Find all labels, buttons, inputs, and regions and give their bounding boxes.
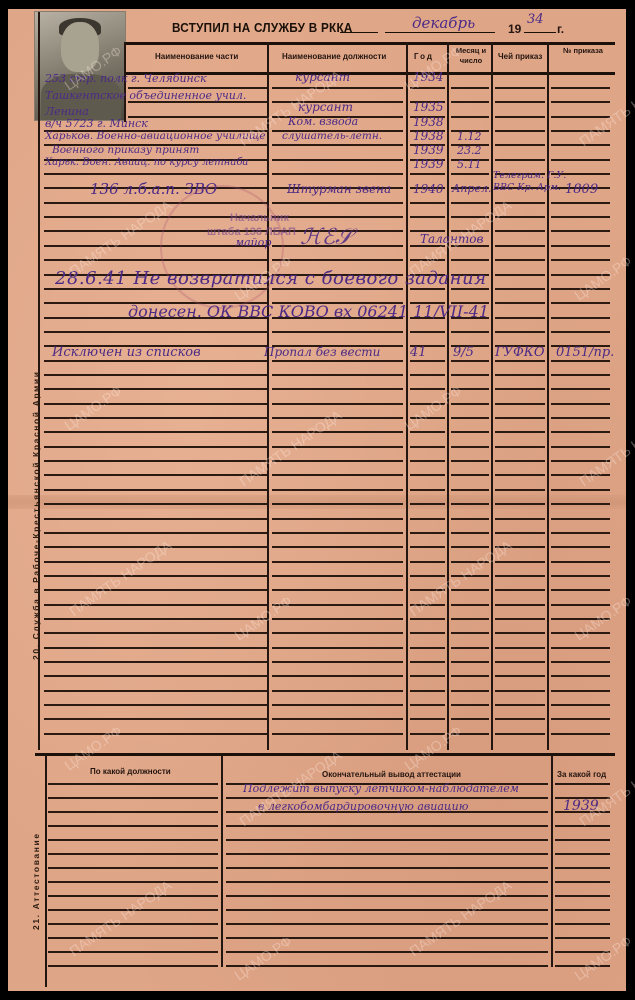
ruled-line [451, 589, 489, 591]
row-7-order-by: Телеграм. Г.У. ВВС Кр. Арм. [493, 170, 573, 194]
ruled-line [551, 274, 610, 276]
ruled-line [451, 575, 489, 577]
ruled-line [495, 274, 545, 276]
ruled-line [495, 417, 545, 419]
col-divider-3 [447, 42, 449, 750]
ruled-line [272, 704, 403, 706]
ruled-line [410, 690, 445, 692]
ruled-line [272, 489, 403, 491]
ruled-line [495, 618, 545, 620]
ruled-line [551, 661, 610, 663]
row-5-year: 1939 [413, 143, 444, 157]
header-att-conclusion: Окончательный вывод аттестации [322, 770, 461, 779]
ruled-line [272, 374, 403, 376]
ruled-line [495, 87, 545, 89]
row-7-position: Штурман звена [287, 182, 391, 196]
ruled-line [48, 909, 218, 911]
ruled-line [451, 87, 489, 89]
ruled-line [495, 216, 545, 218]
ruled-line [551, 474, 610, 476]
ruled-line [451, 388, 489, 390]
ruled-line [451, 632, 489, 634]
ruled-line [48, 853, 218, 855]
year-blank [524, 32, 556, 33]
ruled-line [495, 661, 545, 663]
ruled-line [226, 909, 548, 911]
ruled-line [495, 532, 545, 534]
signer-name: Талантов [420, 232, 483, 246]
ruled-line [272, 331, 403, 333]
ruled-line [451, 431, 489, 433]
ruled-line [44, 561, 267, 563]
ruled-line [410, 632, 445, 634]
exclusion-unit: Исключен из списков [52, 345, 201, 360]
row-6-unit: Харьк. Воен. Авиац. по курсу летнаба [45, 157, 248, 168]
ruled-line [48, 951, 218, 953]
ruled-line [410, 575, 445, 577]
missing-note-line-1: 28.6.41 Не возвратился с боевого задания [55, 268, 487, 289]
ruled-line [272, 87, 403, 89]
ruled-line [451, 503, 489, 505]
ruled-line [495, 675, 545, 677]
exclusion-order-by: ГУФКО [495, 345, 545, 360]
ruled-line [451, 173, 489, 175]
attestation-conclusion-1: Подлежит выпуску летчиком-наблюдателем [243, 782, 519, 795]
ruled-line [495, 403, 545, 405]
ruled-line [495, 704, 545, 706]
ruled-line [44, 632, 267, 634]
row-4-unit: Харьков. Военно-авиационное училище [45, 130, 266, 142]
ruled-line [495, 288, 545, 290]
ruled-line [551, 317, 610, 319]
ruled-line [48, 811, 218, 813]
ruled-line [272, 144, 403, 146]
ruled-line [272, 604, 403, 606]
ruled-line [555, 839, 610, 841]
ruled-line [226, 965, 548, 967]
ruled-line [226, 797, 548, 799]
row-4-year: 1938 [413, 129, 444, 143]
ruled-line [495, 331, 545, 333]
ruled-line [551, 604, 610, 606]
ruled-line [551, 546, 610, 548]
ruled-line [451, 561, 489, 563]
ruled-line [272, 216, 403, 218]
ruled-line [495, 431, 545, 433]
col-divider-5 [547, 42, 549, 750]
ruled-line [551, 417, 610, 419]
exclusion-position: Пропал без вести [264, 345, 380, 359]
ruled-line [495, 388, 545, 390]
ruled-line [44, 431, 267, 433]
row-1-position: курсант [295, 70, 350, 84]
ruled-line [410, 216, 445, 218]
exclusion-order-no: 0151/пр. [556, 345, 614, 360]
ruled-line [410, 374, 445, 376]
ruled-line [495, 360, 545, 362]
ruled-line [495, 374, 545, 376]
ruled-line [272, 259, 403, 261]
ruled-line [495, 489, 545, 491]
ruled-line [410, 532, 445, 534]
ruled-line [551, 159, 610, 161]
service-side-label: 20. Служба в Рабоче-Крестьянской Красной… [31, 370, 41, 660]
ruled-line [410, 460, 445, 462]
row-5-date: 23.2 [457, 144, 482, 157]
ruled-line [495, 130, 545, 132]
ruled-line [410, 503, 445, 505]
ruled-line [551, 388, 610, 390]
row-2-year: 1935 [413, 100, 444, 114]
ruled-line [451, 474, 489, 476]
ruled-line [555, 937, 610, 939]
ruled-line [551, 245, 610, 247]
ruled-line [272, 589, 403, 591]
ruled-line [551, 216, 610, 218]
ruled-line [226, 839, 548, 841]
ruled-line [410, 518, 445, 520]
ruled-line [44, 546, 267, 548]
ruled-line [410, 474, 445, 476]
ruled-line [551, 618, 610, 620]
ruled-line [555, 783, 610, 785]
ruled-line [495, 503, 545, 505]
ruled-line [410, 360, 445, 362]
ruled-line [410, 446, 445, 448]
attestation-col-divider-2 [551, 755, 553, 967]
ruled-line [44, 647, 267, 649]
row-5-unit: Военного приказу принят [52, 144, 199, 156]
ruled-line [495, 446, 545, 448]
ruled-line [272, 532, 403, 534]
row-1-unit: 253 стр. полк г. Челябинск [45, 72, 207, 85]
ruled-line [495, 690, 545, 692]
ruled-line [495, 718, 545, 720]
entry-year: 34 [527, 12, 544, 27]
ruled-line [272, 474, 403, 476]
ruled-line [410, 388, 445, 390]
ruled-line [48, 937, 218, 939]
row-6-date: 5.11 [457, 158, 482, 171]
ruled-line [495, 733, 545, 735]
ruled-line [44, 446, 267, 448]
header-unit: Наименование части [155, 52, 238, 61]
row-7-year: 1940 [413, 182, 444, 196]
ruled-line [451, 259, 489, 261]
row-2-position: курсант [298, 100, 353, 114]
ruled-line [48, 923, 218, 925]
header-position: Наименование должности [282, 52, 386, 61]
ruled-line [44, 331, 267, 333]
ruled-line [44, 403, 267, 405]
ruled-line [44, 589, 267, 591]
ruled-line [451, 532, 489, 534]
ruled-line [272, 690, 403, 692]
ruled-line [410, 604, 445, 606]
ruled-line [272, 431, 403, 433]
ruled-line [410, 431, 445, 433]
ruled-line [551, 704, 610, 706]
ruled-line [272, 561, 403, 563]
ruled-line [451, 403, 489, 405]
ruled-line [272, 202, 403, 204]
ruled-line [451, 661, 489, 663]
paper-fold [8, 495, 626, 509]
ruled-line [410, 618, 445, 620]
ruled-line [272, 632, 403, 634]
ruled-line [551, 718, 610, 720]
ruled-line [410, 417, 445, 419]
ruled-line [451, 460, 489, 462]
ruled-line [44, 675, 267, 677]
ruled-line [555, 923, 610, 925]
ruled-line [551, 101, 610, 103]
ruled-line [272, 360, 403, 362]
year-letter: г. [557, 22, 564, 36]
signature: ℋℰ𝒮 [300, 225, 352, 250]
ruled-line [451, 546, 489, 548]
ruled-line [495, 144, 545, 146]
ruled-line [410, 718, 445, 720]
attestation-conclusion-2: в легкобомбардировочную авиацию [258, 800, 468, 813]
ruled-line [495, 604, 545, 606]
ruled-line [272, 446, 403, 448]
header-date: Месяц и число [451, 46, 491, 66]
ruled-line [551, 690, 610, 692]
ruled-line [495, 101, 545, 103]
ruled-line [48, 797, 218, 799]
ruled-line [495, 460, 545, 462]
ruled-line [551, 202, 610, 204]
ruled-line [272, 388, 403, 390]
ruled-line [410, 331, 445, 333]
row-6-year: 1939 [413, 157, 444, 171]
ruled-line [495, 302, 545, 304]
row-3-year: 1938 [413, 115, 444, 129]
ruled-line [451, 733, 489, 735]
ruled-line [551, 87, 610, 89]
row-1-year: 1934 [413, 70, 444, 84]
ruled-line [451, 604, 489, 606]
ruled-line [451, 647, 489, 649]
ruled-line [44, 733, 267, 735]
ruled-line [44, 388, 267, 390]
ruled-line [551, 575, 610, 577]
ruled-line [48, 783, 218, 785]
ruled-line [551, 288, 610, 290]
ruled-line [551, 460, 610, 462]
ruled-line [44, 474, 267, 476]
header-att-position: По какой должности [90, 767, 171, 776]
ruled-line [555, 853, 610, 855]
ruled-line [44, 575, 267, 577]
ruled-line [551, 675, 610, 677]
ruled-line [495, 632, 545, 634]
ruled-line [44, 374, 267, 376]
ruled-line [44, 718, 267, 720]
ruled-line [272, 718, 403, 720]
ruled-line [226, 867, 548, 869]
ruled-line [44, 489, 267, 491]
ruled-line [451, 690, 489, 692]
day-blank [340, 32, 378, 33]
ruled-line [226, 937, 548, 939]
ruled-line [410, 403, 445, 405]
ruled-line [272, 546, 403, 548]
ruled-line [451, 417, 489, 419]
ruled-line [555, 895, 610, 897]
ruled-line [410, 561, 445, 563]
col-divider-2 [406, 42, 408, 750]
ruled-line [555, 951, 610, 953]
ruled-line [551, 489, 610, 491]
ruled-line [495, 575, 545, 577]
ruled-line [551, 632, 610, 634]
ruled-line [551, 360, 610, 362]
ruled-line [495, 518, 545, 520]
ruled-line [551, 230, 610, 232]
ruled-line [555, 825, 610, 827]
ruled-line [410, 675, 445, 677]
ruled-line [272, 661, 403, 663]
attestation-top-border [35, 753, 615, 756]
ruled-line [48, 839, 218, 841]
ruled-line [44, 661, 267, 663]
ruled-line [555, 909, 610, 911]
ruled-line [410, 202, 445, 204]
ruled-line [272, 417, 403, 419]
ruled-line [44, 704, 267, 706]
ruled-line [410, 733, 445, 735]
ruled-line [551, 403, 610, 405]
ruled-line [551, 302, 610, 304]
ruled-line [44, 518, 267, 520]
attestation-side-label: 21. Аттестование [31, 832, 41, 930]
ruled-line [495, 202, 545, 204]
ruled-line [495, 116, 545, 118]
header-order-no: № приказа [557, 46, 609, 56]
attestation-year: 1939 [563, 798, 599, 814]
ruled-line [226, 923, 548, 925]
ruled-line [48, 825, 218, 827]
ruled-line [226, 825, 548, 827]
ruled-line [451, 116, 489, 118]
ruled-line [272, 733, 403, 735]
ruled-line [495, 546, 545, 548]
missing-note-line-2: донесен. ОК ВВС КОВО вх 06241 11/VII-41 [128, 302, 489, 321]
ruled-line [451, 618, 489, 620]
stamp-rank: майор [235, 236, 271, 249]
ruled-line [272, 618, 403, 620]
ruled-line [48, 895, 218, 897]
row-4-position: слушатель-летн. [282, 130, 382, 142]
row-4-date: 1.12 [457, 130, 482, 143]
ruled-line [272, 403, 403, 405]
ruled-line [551, 431, 610, 433]
exclusion-year: 41 [410, 345, 427, 360]
row-2-unit: Ташкентское объединенное учил. Ленина [45, 88, 260, 120]
ruled-line [48, 881, 218, 883]
ruled-line [551, 503, 610, 505]
ruled-line [551, 116, 610, 118]
col-divider-1 [267, 42, 269, 750]
ruled-line [551, 532, 610, 534]
stamp-line-1: Начальник [230, 212, 289, 224]
ruled-line [410, 173, 445, 175]
ruled-line [451, 489, 489, 491]
ruled-line [410, 589, 445, 591]
ruled-line [272, 173, 403, 175]
ruled-line [495, 474, 545, 476]
row-3-unit: в/ч 5723 г. Минск [45, 117, 148, 130]
ruled-line [451, 360, 489, 362]
ruled-line [495, 230, 545, 232]
ruled-line [272, 159, 403, 161]
ruled-line [410, 704, 445, 706]
ruled-line [551, 647, 610, 649]
ruled-line [555, 965, 610, 967]
ruled-line [272, 675, 403, 677]
ruled-line [551, 589, 610, 591]
month-blank [385, 32, 495, 33]
ruled-line [451, 675, 489, 677]
ruled-line [44, 690, 267, 692]
ruled-line [551, 130, 610, 132]
entry-month: декабрь [412, 14, 475, 32]
ruled-line [226, 951, 548, 953]
ruled-line [272, 647, 403, 649]
ruled-line [551, 144, 610, 146]
header-order-by: Чей приказ [498, 52, 542, 61]
ruled-line [495, 317, 545, 319]
ruled-line [451, 518, 489, 520]
ruled-line [272, 503, 403, 505]
ruled-line [272, 518, 403, 520]
ruled-line [495, 589, 545, 591]
ruled-line [44, 360, 267, 362]
ruled-line [451, 718, 489, 720]
ruled-line [226, 853, 548, 855]
row-7-date: Апрел. [452, 182, 491, 195]
ruled-line [451, 446, 489, 448]
ruled-line [551, 733, 610, 735]
attestation-col-divider-1 [221, 755, 223, 967]
row-3-position: Ком. взвода [288, 115, 358, 128]
ruled-line [44, 417, 267, 419]
ruled-line [495, 259, 545, 261]
ruled-line [226, 895, 548, 897]
ruled-line [555, 867, 610, 869]
ruled-line [451, 202, 489, 204]
ruled-line [410, 647, 445, 649]
ruled-line [410, 259, 445, 261]
header-att-year: За какой год [557, 770, 606, 779]
header-year: Год [414, 52, 434, 61]
ruled-line [495, 561, 545, 563]
ruled-line [551, 374, 610, 376]
ruled-line [551, 446, 610, 448]
ruled-line [495, 647, 545, 649]
table-top-border [125, 42, 615, 45]
ruled-line [410, 546, 445, 548]
ruled-line [410, 87, 445, 89]
attestation-left-border [45, 755, 47, 987]
year-prefix: 19 [508, 22, 521, 36]
ruled-line [551, 259, 610, 261]
ruled-line [44, 604, 267, 606]
ruled-line [48, 965, 218, 967]
ruled-line [451, 704, 489, 706]
